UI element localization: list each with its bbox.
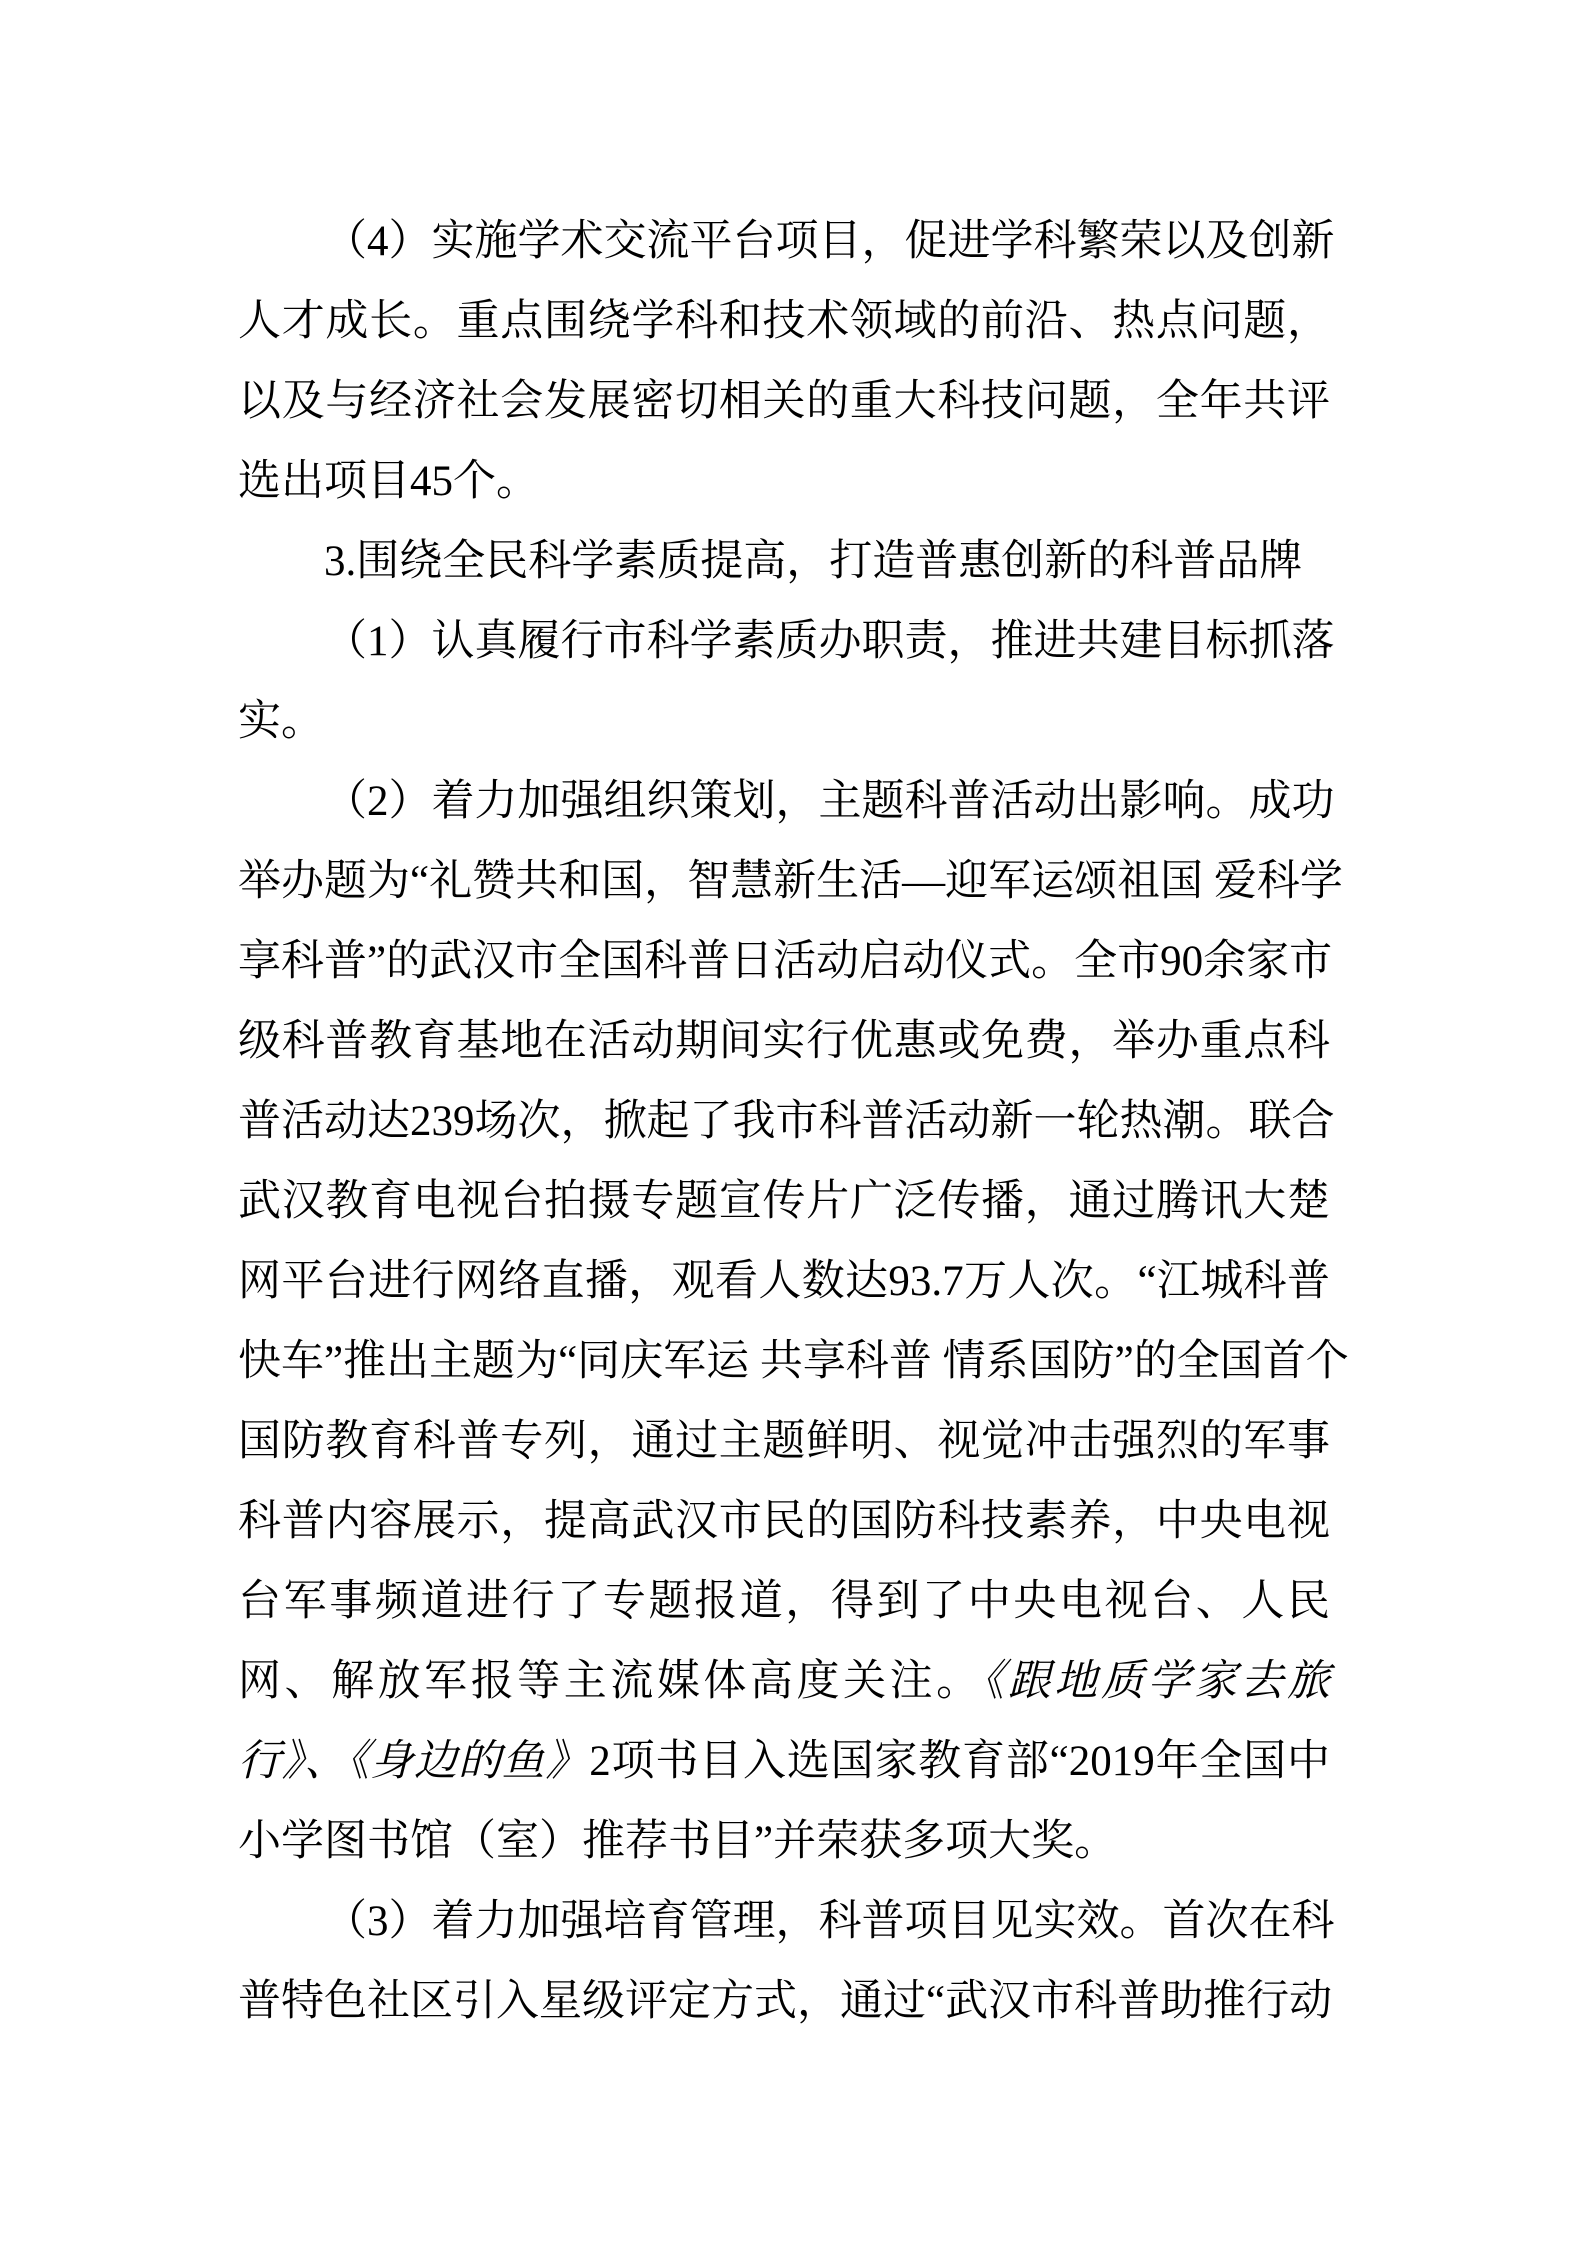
text-line: （3）着力加强培育管理，科普项目见实效。首次在科 bbox=[238, 1882, 1330, 1962]
text-line: 享科普”的武汉市全国科普日活动启动仪式。全市90余家市 bbox=[238, 922, 1330, 1002]
text-line: 级科普教育基地在活动期间实行优惠或免费，举办重点科 bbox=[238, 1002, 1330, 1082]
text-line: 科普内容展示，提高武汉市民的国防科技素养，中央电视 bbox=[238, 1482, 1330, 1562]
book-title-text: 《跟地质学家去旅 bbox=[983, 1658, 1330, 1705]
text-segment: 网、解放军报等主流媒体高度关注。 bbox=[238, 1658, 983, 1705]
text-line: 小学图书馆（室）推荐书目”并荣获多项大奖。 bbox=[238, 1802, 1330, 1882]
text-line: 台军事频道进行了专题报道，得到了中央电视台、人民 bbox=[238, 1562, 1330, 1642]
book-title-text: 行》、《身边的鱼》 bbox=[238, 1738, 589, 1785]
text-line: 以及与经济社会发展密切相关的重大科技问题，全年共评 bbox=[238, 362, 1330, 442]
text-line: 普特色社区引入星级评定方式，通过“武汉市科普助推行动 bbox=[238, 1962, 1330, 2042]
text-segment: 2项书目入选国家教育部“2019年全国中 bbox=[589, 1738, 1330, 1785]
text-line: 举办题为“礼赞共和国，智慧新生活—迎军运颂祖国 爱科学 bbox=[238, 842, 1330, 922]
text-line: 国防教育科普专列，通过主题鲜明、视觉冲击强烈的军事 bbox=[238, 1402, 1330, 1482]
text-line: 网、解放军报等主流媒体高度关注。《跟地质学家去旅 bbox=[238, 1642, 1330, 1722]
text-line: （4）实施学术交流平台项目，促进学科繁荣以及创新 bbox=[238, 202, 1330, 282]
text-line: （1）认真履行市科学素质办职责，推进共建目标抓落 bbox=[238, 602, 1330, 682]
text-line: （2）着力加强组织策划，主题科普活动出影响。成功 bbox=[238, 762, 1330, 842]
text-line-section-heading: 3.围绕全民科学素质提高，打造普惠创新的科普品牌 bbox=[238, 522, 1330, 602]
text-line: 选出项目45个。 bbox=[238, 442, 1330, 522]
text-line: 武汉教育电视台拍摄专题宣传片广泛传播，通过腾讯大楚 bbox=[238, 1162, 1330, 1242]
text-line: 实。 bbox=[238, 682, 1330, 762]
document-text-block: （4）实施学术交流平台项目，促进学科繁荣以及创新 人才成长。重点围绕学科和技术领… bbox=[238, 202, 1330, 2042]
text-line: 行》、《身边的鱼》2项书目入选国家教育部“2019年全国中 bbox=[238, 1722, 1330, 1802]
text-line: 人才成长。重点围绕学科和技术领域的前沿、热点问题， bbox=[238, 282, 1330, 362]
text-line: 普活动达239场次，掀起了我市科普活动新一轮热潮。联合 bbox=[238, 1082, 1330, 1162]
text-line: 快车”推出主题为“同庆军运 共享科普 情系国防”的全国首个 bbox=[238, 1322, 1330, 1402]
document-page: （4）实施学术交流平台项目，促进学科繁荣以及创新 人才成长。重点围绕学科和技术领… bbox=[0, 0, 1588, 2246]
text-line: 网平台进行网络直播，观看人数达93.7万人次。“江城科普 bbox=[238, 1242, 1330, 1322]
